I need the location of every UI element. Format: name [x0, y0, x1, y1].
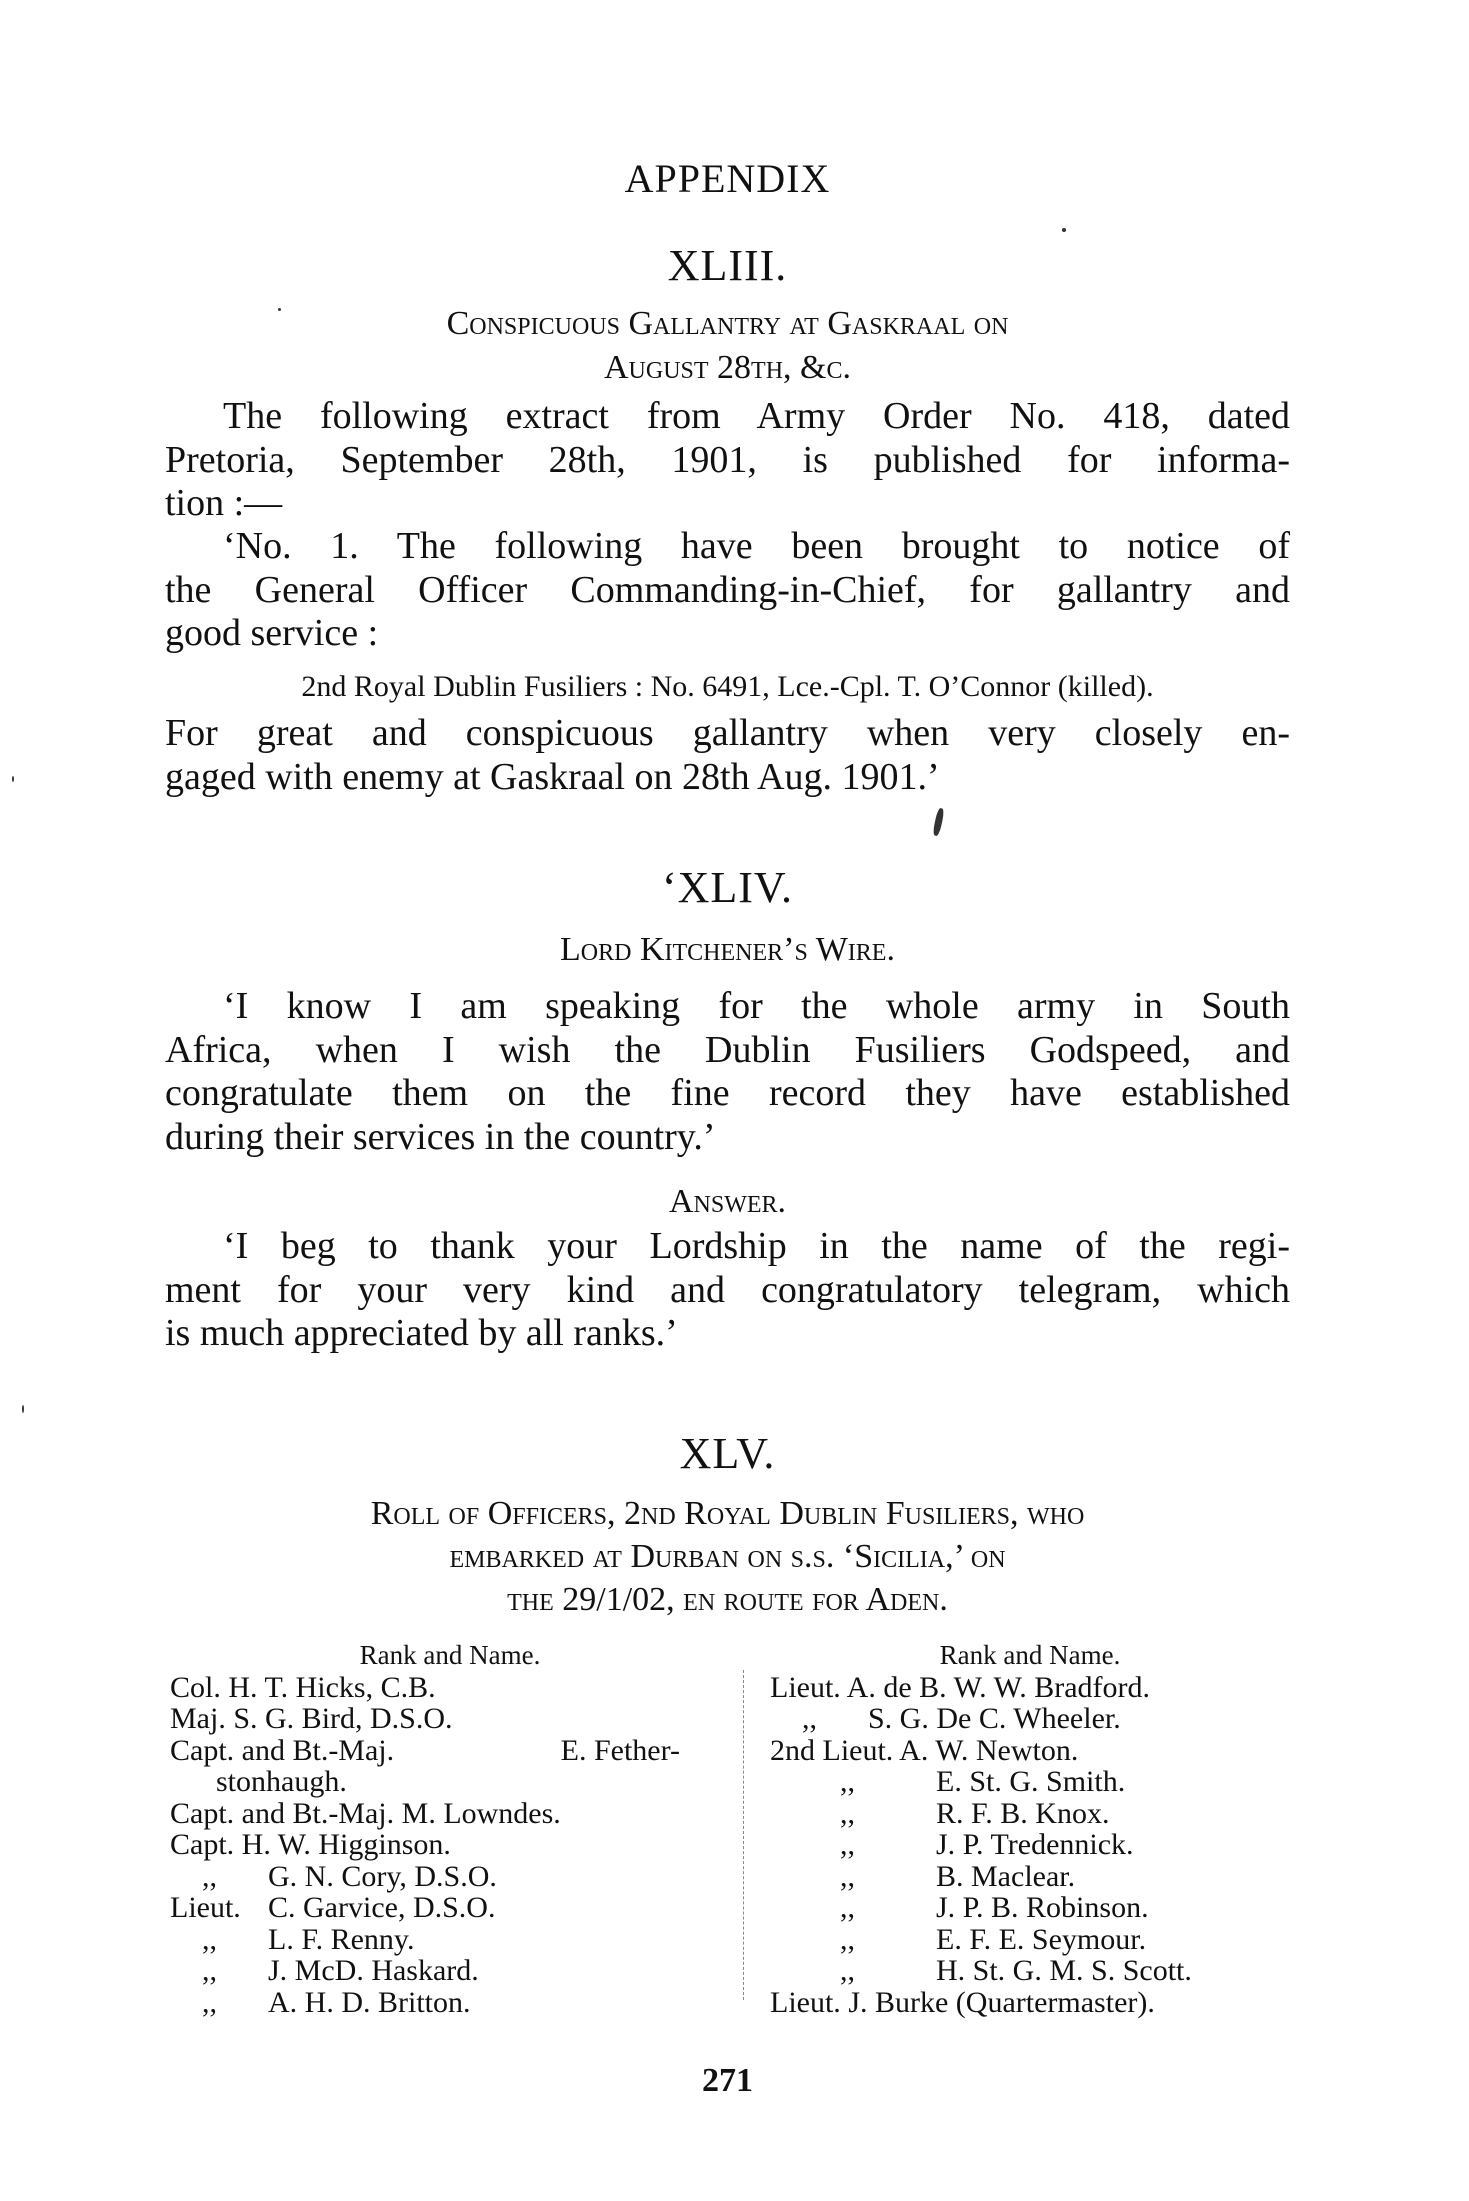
subtitle-line: the 29/1/02, en route for Aden.: [165, 1578, 1290, 1621]
roll-entry: ,,G. N. Cory, D.S.O.: [170, 1861, 730, 1893]
section-xliv-number: ‘XLIV.: [165, 862, 1290, 913]
scan-speck: [12, 776, 14, 782]
roll-entry: ,,J. P. Tredennick.: [760, 1829, 1300, 1861]
scan-speck: [1062, 228, 1066, 232]
roll-column-right: Rank and Name. Lieut. A. de B. W. W. Bra…: [760, 1640, 1300, 2018]
paragraph-line: Africa, when I wish the Dublin Fusiliers…: [165, 1029, 1290, 1073]
roll-entry: ,,H. St. G. M. S. Scott.: [760, 1955, 1300, 1987]
scan-speck: [22, 1405, 24, 1413]
subtitle-line: Conspicuous Gallantry at Gaskraal on: [165, 302, 1290, 346]
paragraph-line: the General Officer Commanding-in-Chief,…: [165, 569, 1290, 613]
roll-entry: ,,A. H. D. Britton.: [170, 1987, 730, 2019]
subtitle-line: embarked at Durban on s.s. ‘Sicilia,’ on: [165, 1535, 1290, 1578]
scan-speck: [278, 308, 281, 311]
roll-entry: Col. H. T. Hicks, C.B.: [170, 1672, 730, 1704]
paragraph-line: during their services in the country.’: [165, 1116, 1290, 1160]
page-number: 271: [165, 2062, 1290, 2100]
paragraph-line: ment for your very kind and congratulato…: [165, 1269, 1290, 1313]
paragraph-line: ‘No. 1. The following have been brought …: [165, 525, 1290, 569]
roll-entry: Capt. H. W. Higginson.: [170, 1829, 730, 1861]
roll-entry-continuation: stonhaugh.: [170, 1766, 730, 1798]
citation-line: 2nd Royal Dublin Fusiliers : No. 6491, L…: [165, 670, 1290, 704]
paragraph-line: Pretoria, September 28th, 1901, is publi…: [165, 439, 1290, 483]
roll-entry: Maj. S. G. Bird, D.S.O.: [170, 1703, 730, 1735]
roll-entry: ,,B. Maclear.: [760, 1861, 1300, 1893]
closing-paragraph: For great and conspicuous gallantry when…: [165, 712, 1290, 799]
paragraph-line: congratulate them on the fine record the…: [165, 1072, 1290, 1116]
section-xliii-number: XLIII.: [165, 240, 1290, 291]
roll-column-left: Rank and Name. Col. H. T. Hicks, C.B. Ma…: [170, 1640, 730, 2018]
roll-entry: Capt. and Bt.-Maj.E. Fether-: [170, 1735, 680, 1767]
answer-paragraph: ‘I beg to thank your Lordship in the nam…: [165, 1225, 1290, 1356]
section-xlv-subtitle: Roll of Officers, 2nd Royal Dublin Fusil…: [165, 1492, 1290, 1621]
paragraph-line: tion :—: [165, 482, 1290, 526]
roll-entry: 2nd Lieut. A. W. Newton.: [760, 1735, 1300, 1767]
roll-entry: ,,E. St. G. Smith.: [760, 1766, 1300, 1798]
paragraph-line: ‘I know I am speaking for the whole army…: [165, 985, 1290, 1029]
roll-entry: ,,S. G. De C. Wheeler.: [760, 1703, 1300, 1735]
subtitle-line: Roll of Officers, 2nd Royal Dublin Fusil…: [165, 1492, 1290, 1535]
paragraph-line: For great and conspicuous gallantry when…: [165, 712, 1290, 756]
column-header: Rank and Name.: [170, 1640, 730, 1672]
ink-mark: [932, 808, 945, 837]
answer-heading: Answer.: [165, 1180, 1290, 1224]
section-xlv-number: XLV.: [165, 1428, 1290, 1479]
notice-paragraph: ‘No. 1. The following have been brought …: [165, 525, 1290, 656]
column-header: Rank and Name.: [760, 1640, 1300, 1672]
section-xliv-subtitle: Lord Kitchener’s Wire.: [165, 928, 1290, 972]
roll-entry: Lieut. A. de B. W. W. Bradford.: [760, 1672, 1300, 1704]
column-divider: [743, 1670, 744, 2000]
section-xliii-subtitle: Conspicuous Gallantry at Gaskraal on Aug…: [165, 302, 1290, 390]
paragraph-line: ‘I beg to thank your Lordship in the nam…: [165, 1225, 1290, 1269]
appendix-heading: APPENDIX: [165, 155, 1290, 202]
paragraph-line: gaged with enemy at Gaskraal on 28th Aug…: [165, 756, 1290, 800]
roll-entry: ,,J. McD. Haskard.: [170, 1955, 730, 1987]
subtitle-line: August 28th, &c.: [165, 346, 1290, 390]
paragraph-line: is much appreciated by all ranks.’: [165, 1312, 1290, 1356]
paragraph-line: good service :: [165, 612, 1290, 656]
paragraph-line: The following extract from Army Order No…: [165, 395, 1290, 439]
roll-entry: Capt. and Bt.-Maj. M. Lowndes.: [170, 1798, 730, 1830]
roll-entry: Lieut. J. Burke (Quartermaster).: [760, 1987, 1300, 2019]
kitchener-wire-paragraph: ‘I know I am speaking for the whole army…: [165, 985, 1290, 1159]
roll-entry: Lieut.C. Garvice, D.S.O.: [170, 1892, 730, 1924]
roll-entry: ,,R. F. B. Knox.: [760, 1798, 1300, 1830]
roll-entry: ,,L. F. Renny.: [170, 1924, 730, 1956]
roll-entry: ,,E. F. E. Seymour.: [760, 1924, 1300, 1956]
roll-entry: ,,J. P. B. Robinson.: [760, 1892, 1300, 1924]
extract-paragraph: The following extract from Army Order No…: [165, 395, 1290, 526]
